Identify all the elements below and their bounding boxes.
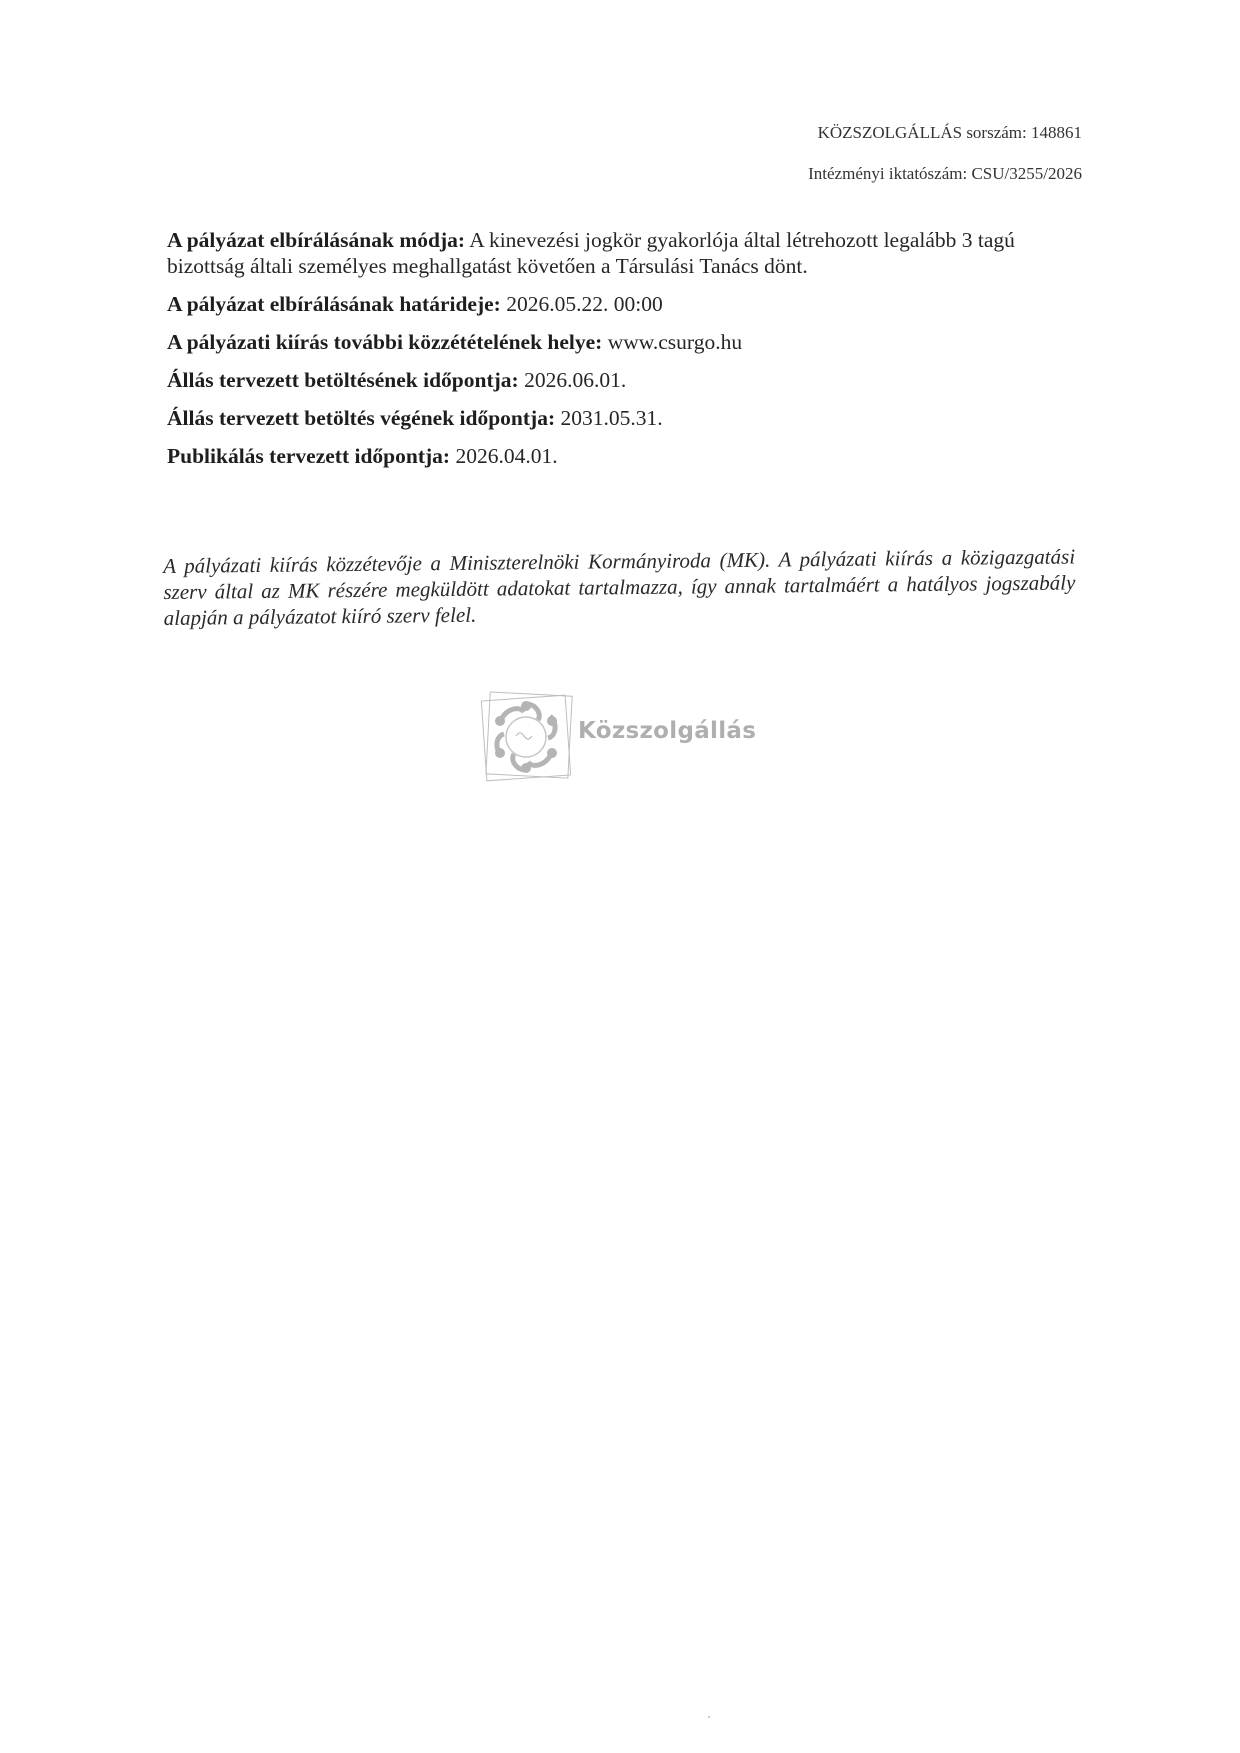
kozszolgalas-logo: Közszolgállás: [478, 690, 768, 780]
field-value: 2026.04.01.: [455, 444, 557, 468]
field-planned-start-date: Állás tervezett betöltésének időpontja: …: [167, 367, 1087, 393]
field-label: Állás tervezett betöltés végének időpont…: [167, 406, 555, 430]
field-label: Publikálás tervezett időpontja:: [167, 444, 450, 468]
field-evaluation-deadline: A pályázat elbírálásának határideje: 202…: [167, 291, 1087, 317]
notice-fields: A pályázat elbírálásának módja: A kineve…: [167, 227, 1087, 481]
field-planned-publication-date: Publikálás tervezett időpontja: 2026.04.…: [167, 443, 1087, 469]
field-evaluation-method: A pályázat elbírálásának módja: A kineve…: [167, 227, 1087, 279]
field-value: 2031.05.31.: [560, 406, 662, 430]
field-label: A pályázat elbírálásának módja:: [167, 228, 465, 252]
field-planned-end-date: Állás tervezett betöltés végének időpont…: [167, 405, 1087, 431]
field-value: 2026.05.22. 00:00: [506, 292, 662, 316]
serial-number-value: 148861: [1031, 123, 1082, 142]
serial-number-label: KÖZSZOLGÁLLÁS sorszám:: [818, 123, 1027, 142]
field-label: Állás tervezett betöltésének időpontja:: [167, 368, 519, 392]
document-page: KÖZSZOLGÁLLÁS sorszám: 148861 Intézményi…: [0, 0, 1240, 1753]
registry-number-value: CSU/3255/2026: [971, 164, 1082, 183]
kozszolgalas-emblem-icon: [478, 690, 578, 786]
field-value-link[interactable]: www.csurgo.hu: [608, 330, 742, 354]
field-value: 2026.06.01.: [524, 368, 626, 392]
field-label: A pályázat elbírálásának határideje:: [167, 292, 501, 316]
field-publication-place: A pályázati kiírás további közzétételéne…: [167, 329, 1087, 355]
publisher-disclaimer: A pályázati kiírás közzétevője a Miniszt…: [163, 543, 1076, 631]
logo-text: Közszolgállás: [578, 718, 756, 744]
serial-number-line: KÖZSZOLGÁLLÁS sorszám: 148861: [818, 123, 1082, 143]
scan-speck: [708, 1716, 710, 1718]
registry-number-line: Intézményi iktatószám: CSU/3255/2026: [808, 164, 1082, 184]
registry-number-label: Intézményi iktatószám:: [808, 164, 967, 183]
field-label: A pályázati kiírás további közzétételéne…: [167, 330, 602, 354]
